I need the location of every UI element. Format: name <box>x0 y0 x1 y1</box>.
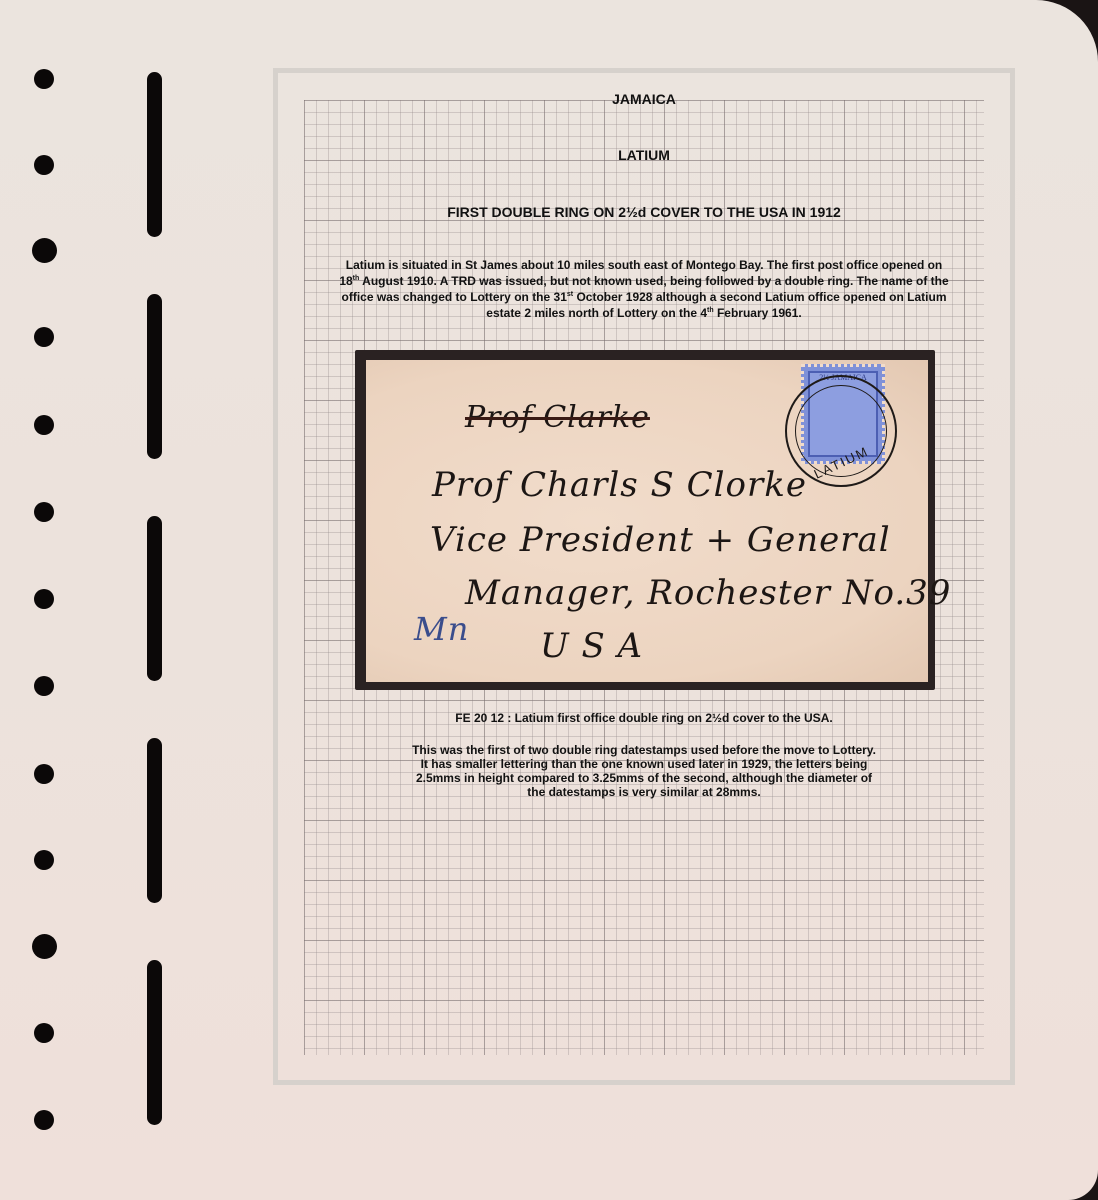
struck-address: Prof Clarke <box>465 400 650 435</box>
binder-hole <box>34 415 54 435</box>
cover-caption: FE 20 12 : Latium first office double ri… <box>304 711 984 725</box>
binder-hole <box>34 327 54 347</box>
office-heading: LATIUM <box>304 147 984 163</box>
binder-hole <box>32 934 57 959</box>
binder-slot <box>147 294 162 459</box>
binder-slot <box>147 960 162 1125</box>
intro-paragraph: Latium is situated in St James about 10 … <box>304 258 984 320</box>
notes-paragraph: This was the first of two double ring da… <box>304 743 984 799</box>
pencil-mark: Mn <box>414 610 469 648</box>
binder-hole <box>34 764 54 784</box>
binder-hole <box>34 676 54 696</box>
country-heading: JAMAICA <box>304 91 984 107</box>
binder-hole <box>34 1023 54 1043</box>
address-line: Vice President + General <box>430 520 891 560</box>
binder-slot <box>147 516 162 681</box>
binder-slot <box>147 738 162 903</box>
address-line: U S A <box>540 626 643 666</box>
binder-slot <box>147 72 162 237</box>
binder-hole <box>32 238 57 263</box>
binder-hole <box>34 1110 54 1130</box>
address-line: Prof Charls S Clorke <box>432 465 807 505</box>
binder-hole <box>34 502 54 522</box>
address-line: Manager, Rochester No.39 <box>465 573 951 613</box>
binder-hole <box>34 589 54 609</box>
album-page: JAMAICA LATIUM FIRST DOUBLE RING ON 2½d … <box>0 0 1098 1200</box>
binder-hole <box>34 155 54 175</box>
binder-hole <box>34 69 54 89</box>
page-title: FIRST DOUBLE RING ON 2½d COVER TO THE US… <box>304 204 984 220</box>
binder-hole <box>34 850 54 870</box>
